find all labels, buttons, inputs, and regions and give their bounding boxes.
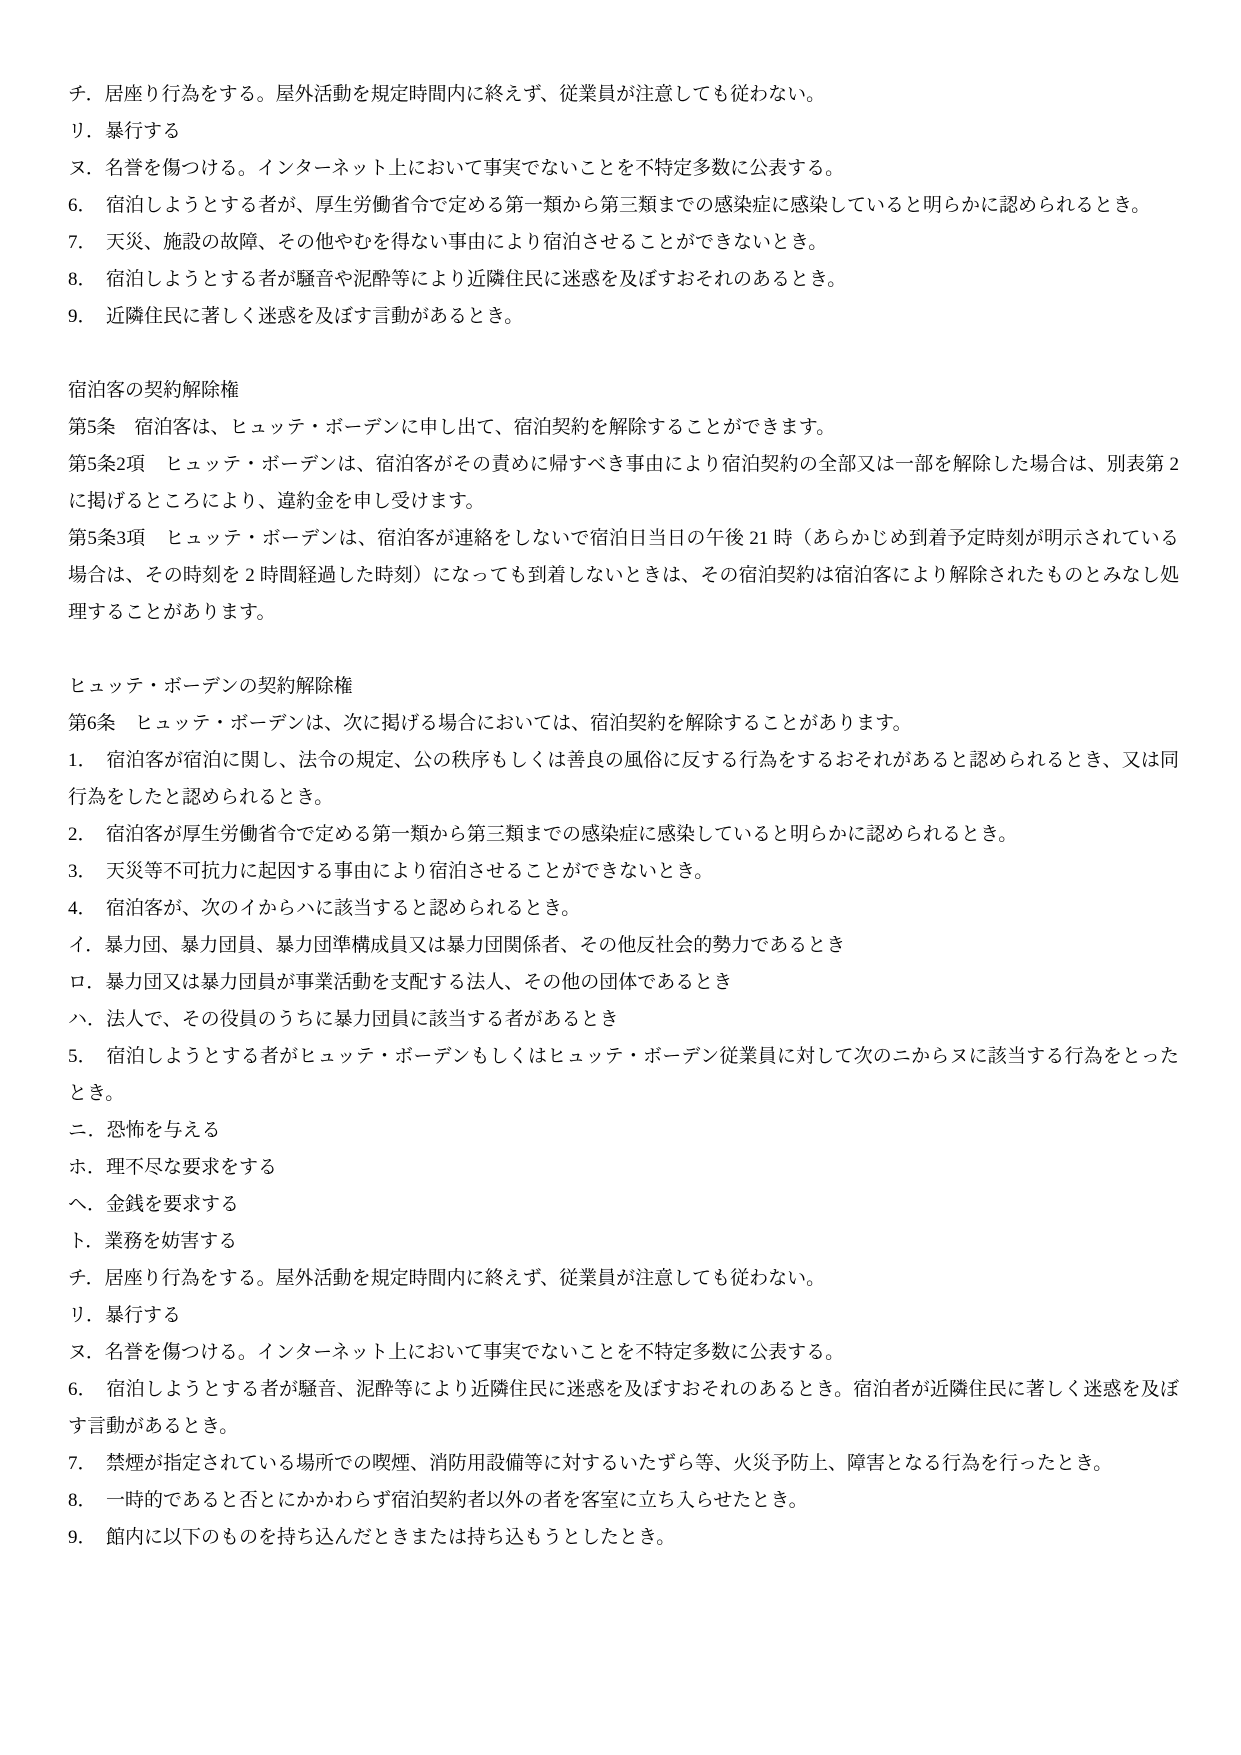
clause-paragraph: イ．暴力団、暴力団員、暴力団準構成員又は暴力団関係者、その他反社会的勢力であると… (68, 927, 1179, 964)
clause-paragraph: ヘ．金銭を要求する (68, 1186, 1179, 1223)
clause-paragraph: ロ．暴力団又は暴力団員が事業活動を支配する法人、その他の団体であるとき (68, 964, 1179, 1001)
clause-paragraph: ヌ．名誉を傷つける。インターネット上において事実でないことを不特定多数に公表する… (68, 150, 1179, 187)
clause-paragraph: 3． 天災等不可抗力に起因する事由により宿泊させることができないとき。 (68, 853, 1179, 890)
clause-paragraph: 1． 宿泊客が宿泊に関し、法令の規定、公の秩序もしくは善良の風俗に反する行為をす… (68, 742, 1179, 816)
clause-paragraph: 6． 宿泊しようとする者が、厚生労働省令で定める第一類から第三類までの感染症に感… (68, 187, 1179, 224)
section-heading: ヒュッテ・ボーデンの契約解除権 (68, 668, 1179, 705)
clause-paragraph: 9． 館内に以下のものを持ち込んだときまたは持ち込もうとしたとき。 (68, 1519, 1179, 1556)
clause-paragraph: 4． 宿泊客が、次のイからハに該当すると認められるとき。 (68, 890, 1179, 927)
clause-paragraph: 第5条2項 ヒュッテ・ボーデンは、宿泊客がその責めに帰すべき事由により宿泊契約の… (68, 446, 1179, 520)
clause-paragraph: 第5条 宿泊客は、ヒュッテ・ボーデンに申し出て、宿泊契約を解除することができます… (68, 409, 1179, 446)
clause-paragraph: 7． 天災、施設の故障、その他やむを得ない事由により宿泊させることができないとき… (68, 224, 1179, 261)
clause-paragraph: チ．居座り行為をする。屋外活動を規定時間内に終えず、従業員が注意しても従わない。 (68, 76, 1179, 113)
clause-paragraph: 第5条3項 ヒュッテ・ボーデンは、宿泊客が連絡をしないで宿泊日当日の午後 21 … (68, 520, 1179, 631)
clause-paragraph: ト．業務を妨害する (68, 1223, 1179, 1260)
clause-paragraph: リ．暴行する (68, 113, 1179, 150)
clause-paragraph: 2． 宿泊客が厚生労働省令で定める第一類から第三類までの感染症に感染していると明… (68, 816, 1179, 853)
blank-line (68, 335, 1179, 372)
clause-paragraph: 7． 禁煙が指定されている場所での喫煙、消防用設備等に対するいたずら等、火災予防… (68, 1445, 1179, 1482)
clause-paragraph: 第6条 ヒュッテ・ボーデンは、次に掲げる場合においては、宿泊契約を解除することが… (68, 705, 1179, 742)
clause-paragraph: チ．居座り行為をする。屋外活動を規定時間内に終えず、従業員が注意しても従わない。 (68, 1260, 1179, 1297)
clause-paragraph: ハ．法人で、その役員のうちに暴力団員に該当する者があるとき (68, 1001, 1179, 1038)
clause-paragraph: ホ．理不尽な要求をする (68, 1149, 1179, 1186)
section-heading: 宿泊客の契約解除権 (68, 372, 1179, 409)
clause-paragraph: 8． 一時的であると否とにかかわらず宿泊契約者以外の者を客室に立ち入らせたとき。 (68, 1482, 1179, 1519)
clause-paragraph: ヌ．名誉を傷つける。インターネット上において事実でないことを不特定多数に公表する… (68, 1334, 1179, 1371)
clause-paragraph: 9． 近隣住民に著しく迷惑を及ぼす言動があるとき。 (68, 298, 1179, 335)
clause-paragraph: ニ．恐怖を与える (68, 1112, 1179, 1149)
clause-paragraph: リ．暴行する (68, 1297, 1179, 1334)
blank-line (68, 631, 1179, 668)
document-page: チ．居座り行為をする。屋外活動を規定時間内に終えず、従業員が注意しても従わない。… (0, 0, 1241, 1755)
clause-paragraph: 8． 宿泊しようとする者が騒音や泥酔等により近隣住民に迷惑を及ぼすおそれのあると… (68, 261, 1179, 298)
clause-paragraph: 6． 宿泊しようとする者が騒音、泥酔等により近隣住民に迷惑を及ぼすおそれのあると… (68, 1371, 1179, 1445)
clause-paragraph: 5． 宿泊しようとする者がヒュッテ・ボーデンもしくはヒュッテ・ボーデン従業員に対… (68, 1038, 1179, 1112)
